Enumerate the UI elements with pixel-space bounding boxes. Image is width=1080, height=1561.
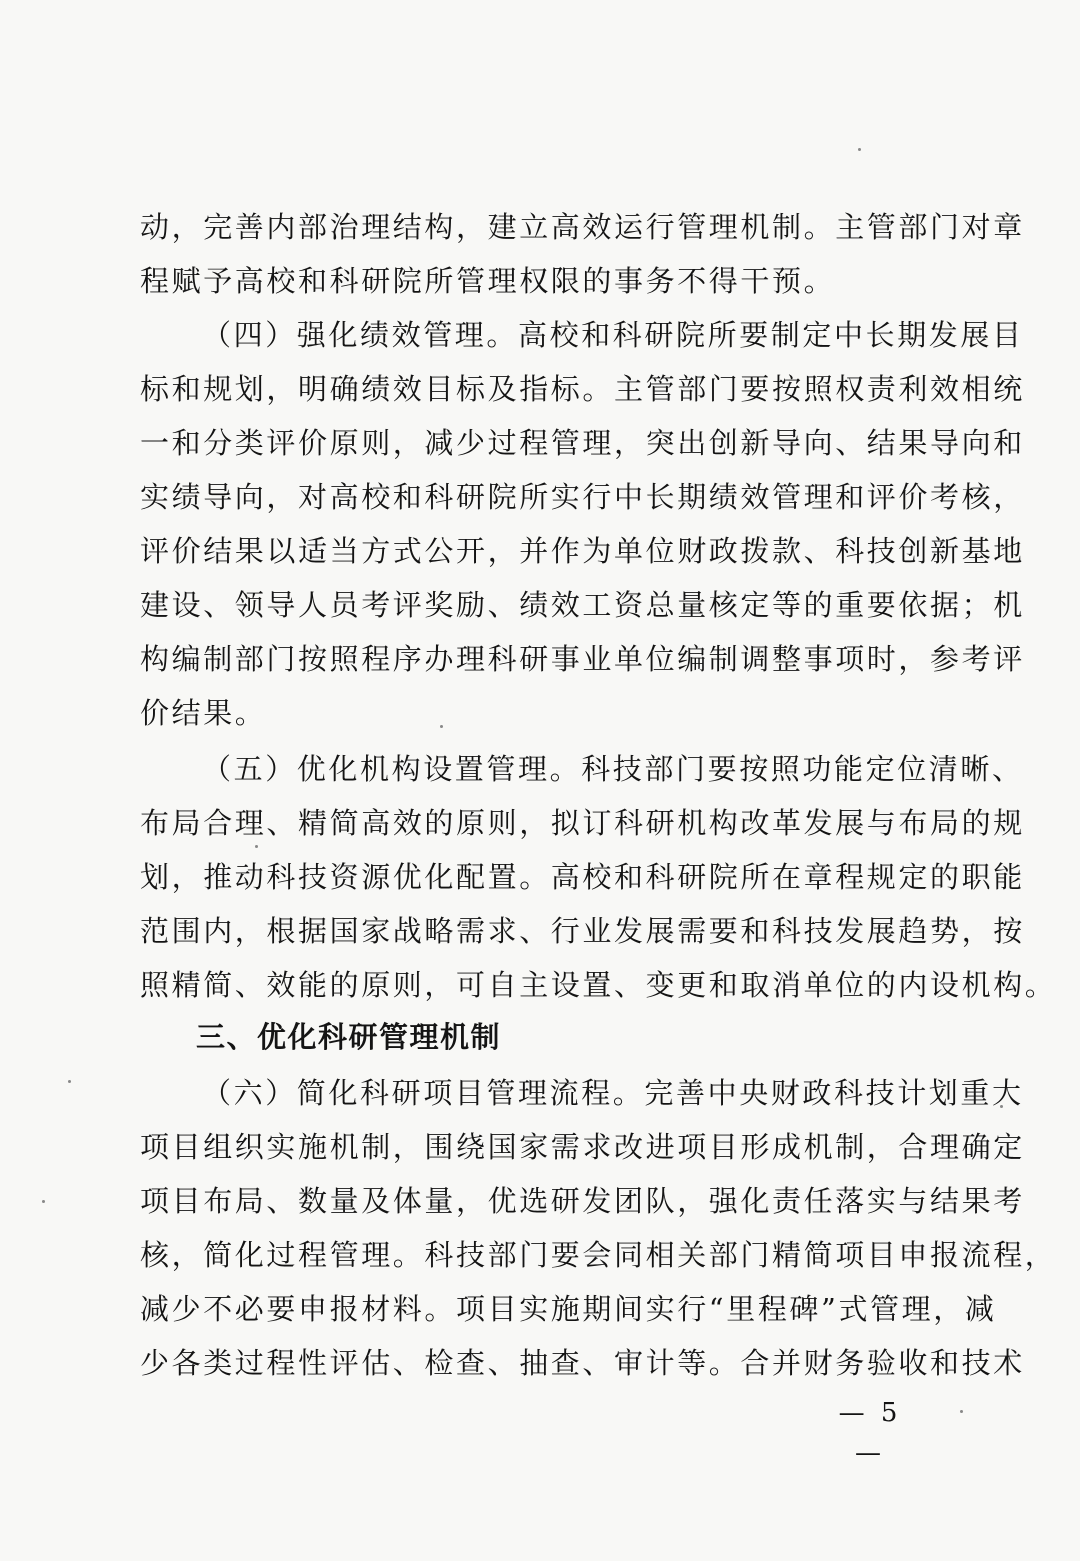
scan-speck: [960, 1410, 963, 1413]
body-text-line: 价结果。: [140, 686, 940, 740]
scan-speck: [42, 1200, 45, 1203]
document-page: 动，完善内部治理结构，建立高效运行管理机制。主管部门对章 程赋予高校和科研院所管…: [0, 0, 1080, 1561]
scan-speck: [255, 845, 258, 848]
section-5-title-line: （五）优化机构设置管理。科技部门要按照功能定位清晰、: [202, 742, 940, 796]
section-4-title-line: （四）强化绩效管理。高校和科研院所要制定中长期发展目: [202, 308, 940, 362]
body-text-line: 划，推动科技资源优化配置。高校和科研院所在章程规定的职能: [140, 850, 940, 904]
body-text-line: 实绩导向，对高校和科研院所实行中长期绩效管理和评价考核，: [140, 470, 940, 524]
body-text-line: 项目布局、数量及体量，优选研发团队，强化责任落实与结果考: [140, 1174, 940, 1228]
body-text-line: 建设、领导人员考评奖励、绩效工资总量核定等的重要依据；机: [140, 578, 940, 632]
scan-speck: [858, 148, 861, 151]
body-text-line: 标和规划，明确绩效目标及指标。主管部门要按照权责利效相统: [140, 362, 940, 416]
body-text-line: 构编制部门按照程序办理科研事业单位编制调整事项时，参考评: [140, 632, 940, 686]
body-text-line: 核，简化过程管理。科技部门要会同相关部门精简项目申报流程，: [140, 1228, 940, 1282]
body-text-line: 一和分类评价原则，减少过程管理，突出创新导向、结果导向和: [140, 416, 940, 470]
scan-speck: [440, 725, 443, 728]
scan-speck: [1012, 330, 1015, 333]
body-text-line: 布局合理、精简高效的原则，拟订科研机构改革发展与布局的规: [140, 796, 940, 850]
body-text-line: 评价结果以适当方式公开，并作为单位财政拨款、科技创新基地: [140, 524, 940, 578]
page-number: — 5 —: [820, 1393, 920, 1473]
body-text-line: 范围内，根据国家战略需求、行业发展需要和科技发展趋势，按: [140, 904, 940, 958]
body-text-line: 照精简、效能的原则，可自主设置、变更和取消单位的内设机构。: [140, 958, 940, 1012]
body-text-line: 减少不必要申报材料。项目实施期间实行“里程碑”式管理，减: [140, 1282, 940, 1336]
body-text-line: 程赋予高校和科研院所管理权限的事务不得干预。: [140, 254, 940, 308]
chapter-heading: 三、优化科研管理机制: [196, 1010, 501, 1064]
body-text-line: 项目组织实施机制，围绕国家需求改进项目形成机制，合理确定: [140, 1120, 940, 1174]
scan-speck: [1000, 1105, 1003, 1108]
section-6-title-line: （六）简化科研项目管理流程。完善中央财政科技计划重大: [202, 1066, 940, 1120]
body-text-line: 少各类过程性评估、检查、抽查、审计等。合并财务验收和技术: [140, 1336, 940, 1390]
body-text-line: 动，完善内部治理结构，建立高效运行管理机制。主管部门对章: [140, 200, 940, 254]
scan-speck: [68, 1080, 71, 1083]
